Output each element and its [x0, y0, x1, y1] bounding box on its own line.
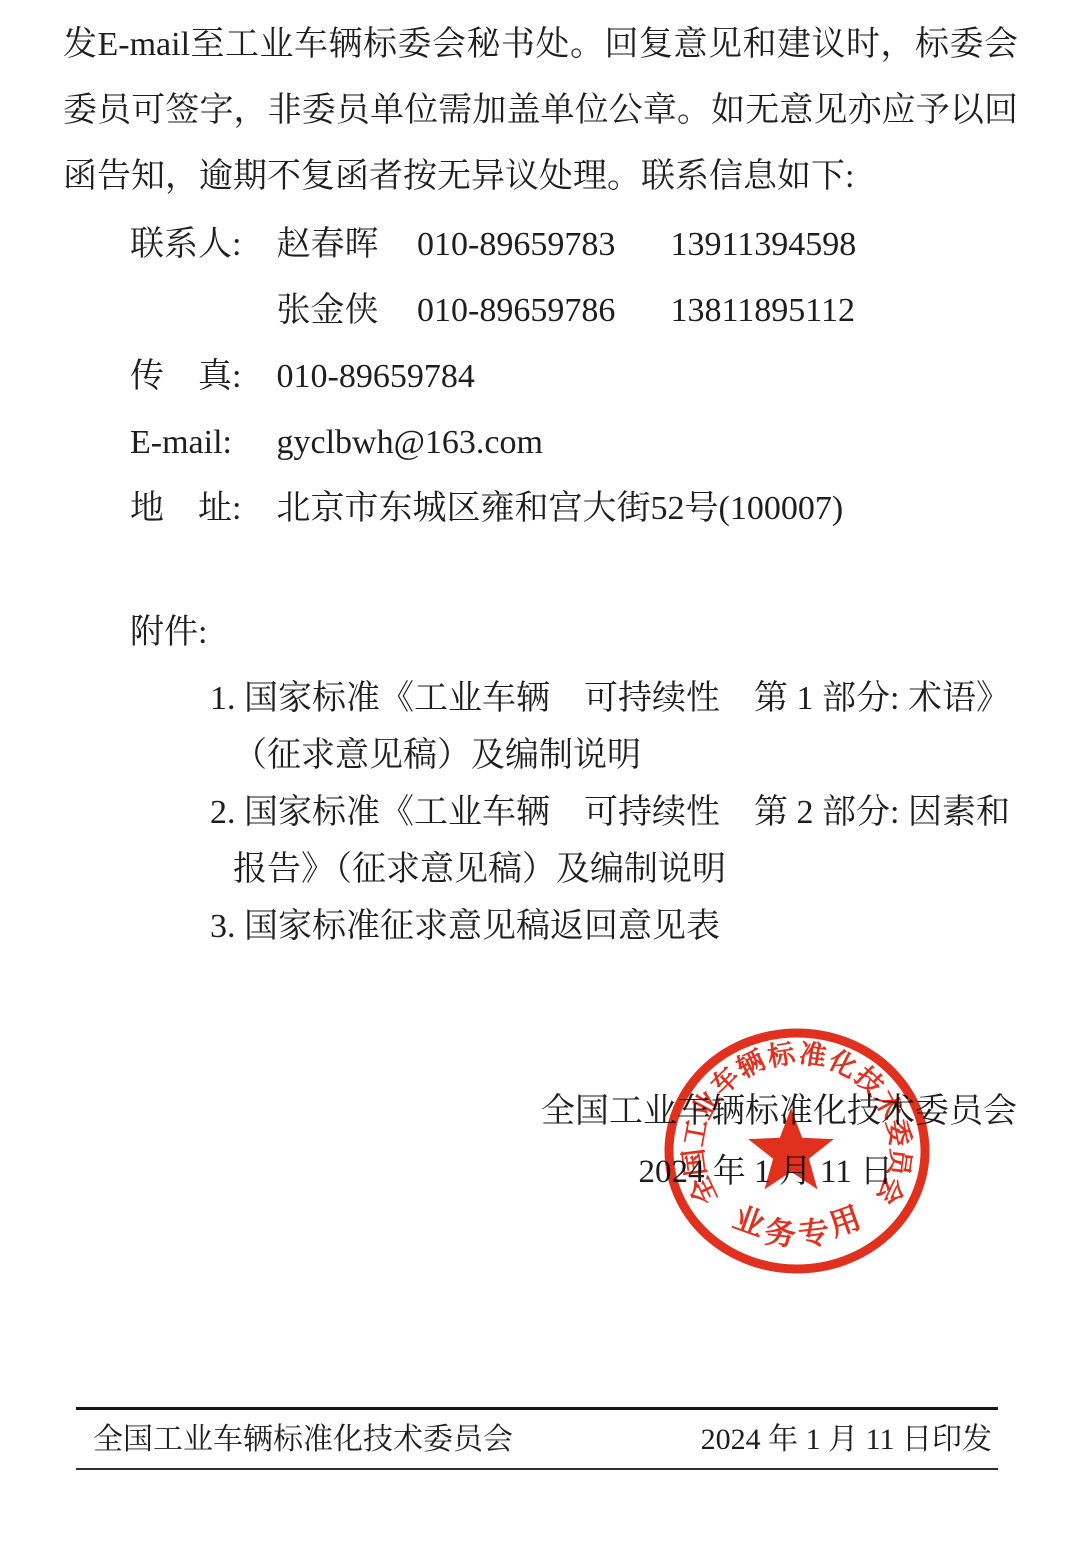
address-row: 地 址: 北京市东城区雍和宫大街52号(100007)	[63, 476, 1018, 542]
svg-text:标: 标	[765, 1038, 798, 1072]
seal-bottom-text: 业务专用	[729, 1200, 866, 1253]
attachment-item-line: 1. 国家标准《工业车辆 可持续性 第 1 部分: 术语》	[63, 670, 1043, 727]
contact-row: 联系人: 赵春晖 010-89659783 13911394598	[63, 212, 1018, 278]
attachment-item-line: 3. 国家标准征求意见稿返回意见表	[63, 898, 1043, 955]
address-value: 北京市东城区雍和宫大街52号(100007)	[277, 490, 844, 527]
footer-top-rule	[76, 1407, 998, 1410]
fax-row: 传 真: 010-89659784	[63, 344, 1018, 410]
paragraph-line: 委员可签字，非委员单位需加盖单位公章。如无意见亦应予以回	[63, 78, 1018, 144]
svg-text:用: 用	[824, 1200, 865, 1243]
svg-text:国: 国	[678, 1147, 711, 1178]
svg-text:全: 全	[683, 1172, 723, 1210]
svg-text:专: 专	[796, 1214, 831, 1252]
attachments-heading: 附件:	[130, 600, 207, 666]
official-seal-graphic: 全国工业车辆标准化技术委员会 业务专用	[663, 1027, 931, 1277]
email-row: E-mail: gyclbwh@163.com	[63, 410, 1018, 476]
email-label: E-mail:	[130, 410, 268, 476]
email-value: gyclbwh@163.com	[277, 424, 543, 461]
attachment-item-line: 2. 国家标准《工业车辆 可持续性 第 2 部分: 因素和	[63, 784, 1043, 841]
paragraph-line: 函告知，逾期不复函者按无异议处理。联系信息如下:	[63, 144, 1018, 210]
contact-name: 张金侠	[277, 278, 409, 344]
contact-mobile: 13911394598	[671, 226, 857, 263]
svg-text:委: 委	[881, 1117, 915, 1149]
footer-bottom-rule	[76, 1468, 998, 1470]
paragraph-line: 发E-mail至工业车辆标委会秘书处。回复意见和建议时，标委会	[63, 12, 1018, 78]
contact-phone: 010-89659786	[417, 278, 662, 344]
svg-text:务: 务	[763, 1214, 798, 1252]
footer: 全国工业车辆标准化技术委员会 2024 年 1 月 11 日印发	[76, 1419, 998, 1461]
fax-value: 010-89659784	[277, 358, 475, 395]
attachment-item-line: 报告》（征求意见稿）及编制说明	[63, 841, 1043, 898]
attachment-item-line: （征求意见稿）及编制说明	[63, 727, 1043, 784]
contact-person-label: 联系人:	[130, 212, 268, 278]
svg-text:会: 会	[871, 1172, 910, 1209]
contact-phone: 010-89659783	[417, 212, 662, 278]
address-label: 地 址:	[130, 476, 268, 542]
contact-block: 联系人: 赵春晖 010-89659783 13911394598 张金侠 01…	[63, 212, 1018, 542]
contact-mobile: 13811895112	[671, 292, 855, 329]
seal-star-icon	[748, 1108, 834, 1189]
contact-row: 张金侠 010-89659786 13811895112	[63, 278, 1018, 344]
official-seal: 全国工业车辆标准化技术委员会 业务专用	[663, 1027, 931, 1277]
svg-text:准: 准	[797, 1037, 828, 1072]
contact-name: 赵春晖	[277, 212, 409, 278]
attachments-list: 1. 国家标准《工业车辆 可持续性 第 1 部分: 术语》 （征求意见稿）及编制…	[63, 670, 1043, 955]
fax-label: 传 真:	[130, 344, 268, 410]
footer-issuer: 全国工业车辆标准化技术委员会	[93, 1419, 513, 1461]
footer-print-date: 2024 年 1 月 11 日印发	[701, 1419, 992, 1461]
body-paragraph: 发E-mail至工业车辆标委会秘书处。回复意见和建议时，标委会 委员可签字，非委…	[63, 12, 1018, 210]
document-page: 发E-mail至工业车辆标委会秘书处。回复意见和建议时，标委会 委员可签字，非委…	[0, 0, 1080, 1546]
